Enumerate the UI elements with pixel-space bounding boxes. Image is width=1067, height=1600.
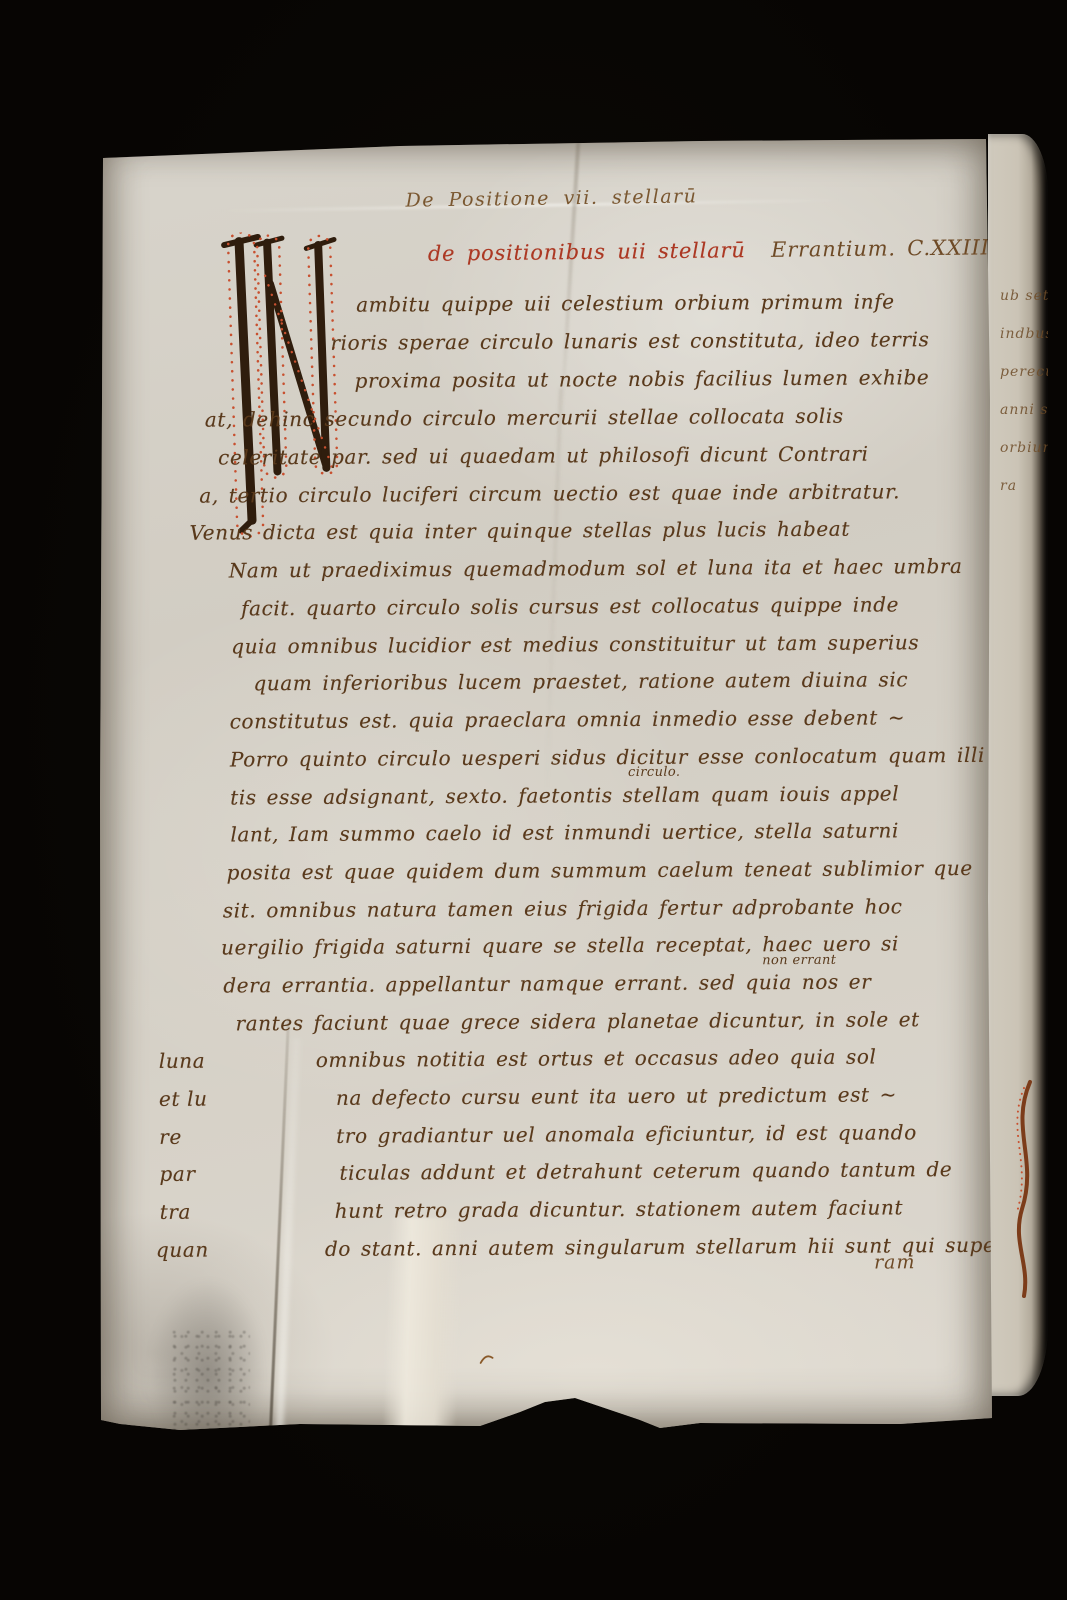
manuscript-page: De Positione vii. stellarū de positionib…: [100, 138, 992, 1430]
rubric-title: de positionibus uii stellarū: [428, 238, 746, 266]
text-line: at, dehinc secundo circulo mercurii stel…: [205, 404, 844, 432]
catchword: ram: [874, 1251, 916, 1273]
margin-word: tra: [160, 1200, 191, 1224]
margin-word: par: [159, 1162, 195, 1186]
text-line: celeritate par. sed ui quaedam ut philos…: [218, 442, 869, 470]
text-line: quia omnibus lucidior est medius constit…: [231, 630, 919, 658]
text-line: tro gradiantur uel anomala eficiuntur, i…: [336, 1120, 917, 1148]
next-page-text-fragment: ra: [1000, 478, 1017, 494]
interlinear-correction: circulo.: [628, 765, 680, 780]
margin-word: quan: [156, 1238, 209, 1262]
next-page-text-fragment: ub seta: [1000, 288, 1048, 304]
text-line: sit. omnibus natura tamen eius frigida f…: [223, 894, 903, 922]
text-line: ambitu quippe uii celestium orbium primu…: [356, 289, 895, 316]
text-line: Nam ut praediximus quemadmodum sol et lu…: [229, 554, 963, 582]
text-line: na defecto cursu eunt ita uero ut predic…: [336, 1082, 897, 1109]
margin-word: et lu: [159, 1087, 208, 1111]
text-line: rioris sperae circulo lunaris est consti…: [330, 327, 929, 355]
chapter-rubric: de positionibus uii stellarū Errantium. …: [428, 235, 998, 265]
text-line: rantes faciunt quae grece sidera planeta…: [235, 1007, 919, 1035]
next-page-initial-glimpse: [1002, 1074, 1042, 1304]
next-page-text-fragment: perecu: [1000, 364, 1048, 380]
text-line: Venus dicta est quia inter quinque stell…: [189, 517, 850, 545]
next-page-text-fragment: indbus: [1000, 326, 1048, 342]
text-line: ticulas addunt et detrahunt ceterum quan…: [339, 1157, 952, 1185]
text-line: hunt retro grada dicuntur. stationem aut…: [335, 1195, 904, 1222]
interlinear-correction: non errant: [762, 953, 836, 968]
next-page-text-fragment: orbium: [1000, 440, 1048, 456]
photograph-backdrop: ub seta indbus perecu anni s orbium ra D…: [0, 0, 1067, 1600]
text-line: posita est quae quidem dum summum caelum…: [227, 856, 973, 885]
text-line: omnibus notitia est ortus et occasus ade…: [316, 1045, 877, 1072]
margin-word: luna: [159, 1049, 206, 1073]
margin-word: re: [159, 1125, 182, 1149]
stray-pen-mark: [479, 1352, 495, 1366]
rubric-chapter-number: Errantium. C.XXIII.: [771, 235, 997, 262]
text-line: dera errantia. appellantur namque errant…: [223, 970, 871, 998]
text-line: quam inferioribus lucem praestet, ration…: [253, 667, 908, 695]
text-line: facit. quarto circulo solis cursus est c…: [241, 592, 899, 620]
text-line: lant, Iam summo caelo id est inmundi uer…: [230, 818, 899, 846]
next-page-text-fragment: anni s: [1000, 402, 1048, 418]
text-line: constitutus est. quia praeclara omnia in…: [230, 705, 906, 733]
header-annotation: De Positione vii. stellarū: [405, 185, 697, 211]
text-line: tis esse adsignant, sexto. faetontis ste…: [230, 781, 899, 809]
next-page-fore-edge: ub seta indbus perecu anni s orbium ra: [988, 134, 1048, 1396]
text-line: a, tertio circulo luciferi circum uectio…: [199, 479, 900, 507]
text-block: De Positione vii. stellarū de positionib…: [99, 133, 999, 1430]
text-line: proxima posita ut nocte nobis facilius l…: [355, 365, 930, 393]
